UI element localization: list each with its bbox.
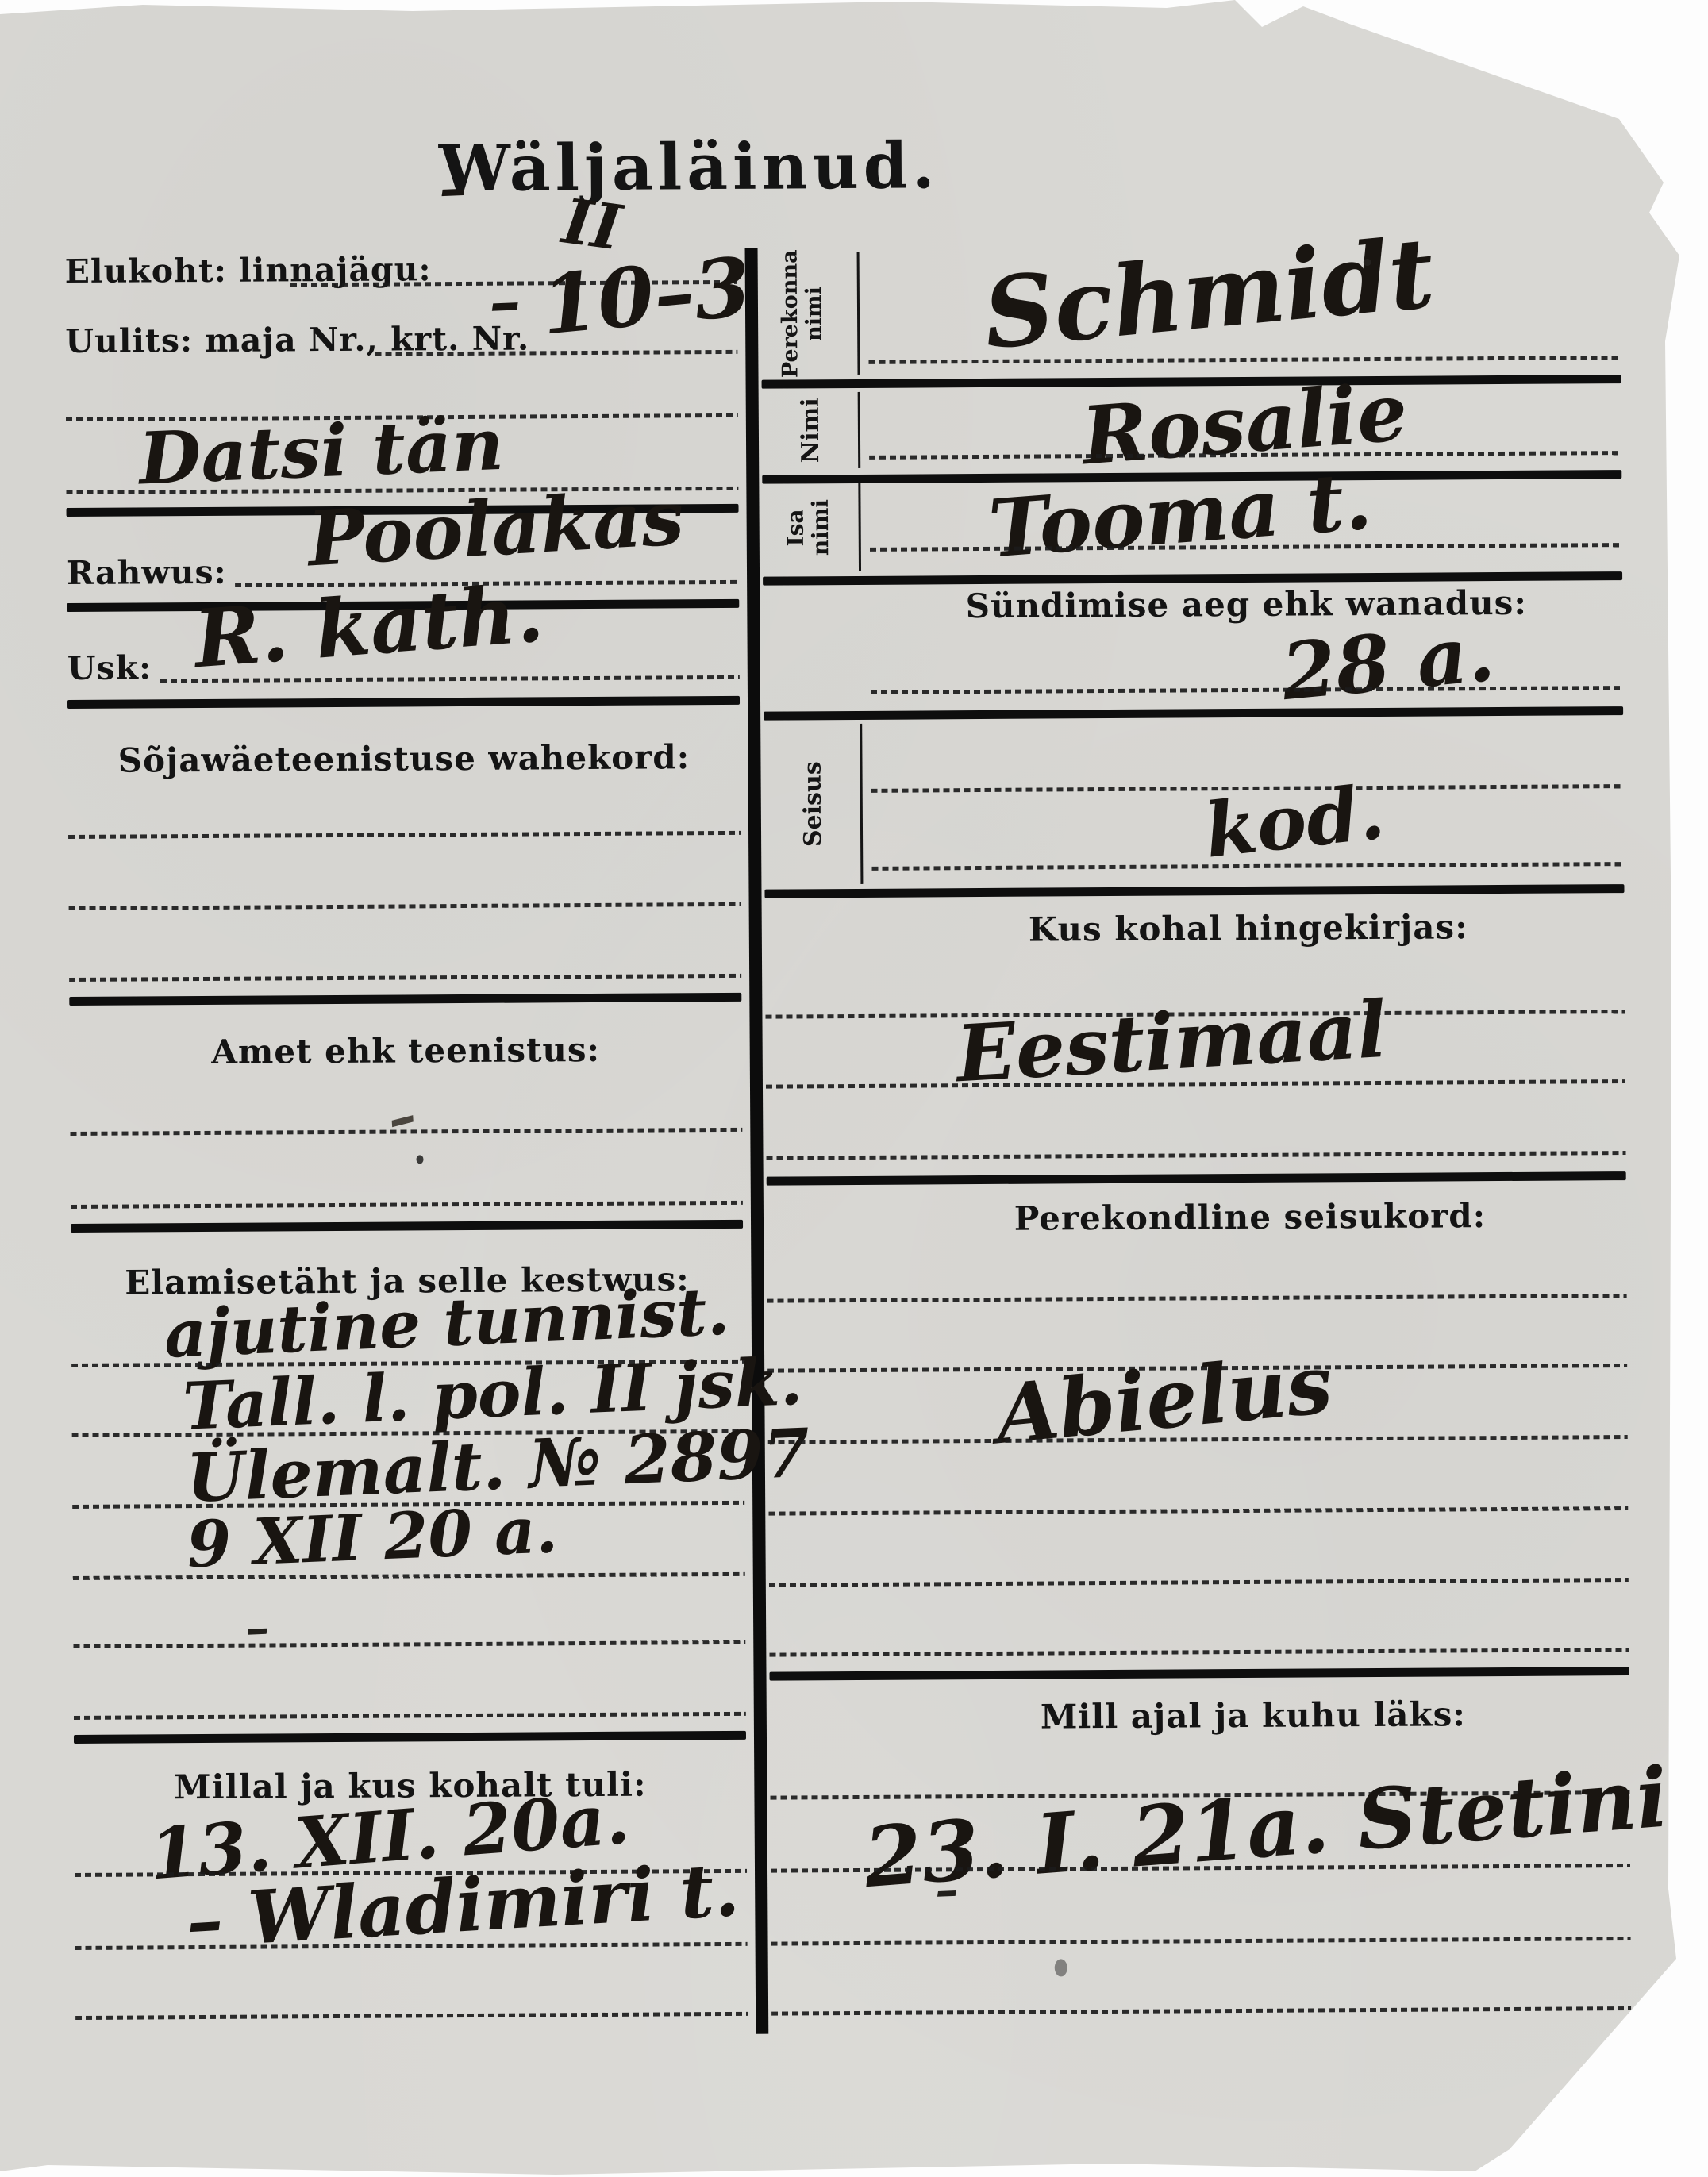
section-rule [764,706,1623,721]
marital-status-label: Perekondline seisukord: [874,1195,1626,1239]
dotted-line [769,1578,1629,1587]
marital-status-value: Abielus [992,1337,1337,1463]
section-rule [769,1667,1629,1681]
form-content: – Wäljaläinud. Elukoht: linnajägu: II Uu… [0,0,1708,2177]
section-rule [67,696,740,709]
father-name-label: Isa nimi [783,483,841,571]
dotted-line [871,686,1623,694]
section-rule [74,1731,746,1744]
departure-label: Mill ajal ja kuhu läks: [877,1694,1629,1737]
section-rule [767,1171,1626,1186]
dotted-line [767,1151,1626,1160]
dotted-line [74,1712,746,1720]
father-name-value: Tooma t. [986,453,1375,575]
family-name-cell: Perekonna nimi [764,252,860,375]
dotted-line [769,1648,1629,1657]
dotted-line [771,1937,1631,1946]
dotted-line [69,902,741,910]
first-name-label: Nimi [798,398,825,463]
birth-or-age-label: Sündimise aeg ehk wanadus: [870,583,1622,626]
status-cell: Seisus [766,724,863,885]
departure-value: 23. I. 21a. Stetini [860,1748,1671,1907]
pen-stroke: – [244,1600,271,1656]
family-name-label: Perekonna nimi [779,249,843,378]
dotted-line [868,356,1621,364]
scanned-registration-card: – Wäljaläinud. Elukoht: linnajägu: II Uu… [0,0,1708,2177]
occupation-label: Amet ehk teenistus: [70,1029,742,1072]
nationality-label: Rahwus: [67,553,227,592]
street-dash: – [487,263,522,340]
first-name-cell: Nimi [764,392,861,469]
section-rule [764,884,1624,898]
ink-speck [1055,1959,1067,1976]
ink-speck [417,1155,424,1164]
street-name-value: Datsi tän [137,402,505,502]
dotted-line [75,2012,748,2020]
dotted-line [73,1572,745,1580]
residence-permit-line: 9 XII 20 a. [186,1492,560,1582]
status-label: Seisus [800,761,827,847]
dotted-line [771,2006,1631,2016]
dotted-line [768,1506,1628,1516]
dotted-line [68,831,741,839]
page-title: Wäljaläinud. [439,128,932,206]
father-name-cell: Isa nimi [764,483,861,572]
family-name-value: Schmidt [979,215,1438,371]
occupation-value: – [379,1081,422,1152]
dotted-line [73,1640,745,1648]
religion-label: Usk: [67,648,152,687]
parish-register-label: Kus kohal hingekirjas: [872,906,1625,950]
pen-stroke: – [934,1863,960,1917]
dotted-line [767,1294,1627,1303]
status-value: kod. [1201,768,1389,875]
street-value: 10–3 [537,240,755,354]
birth-or-age-value: 28 a. [1278,608,1498,718]
section-rule [69,993,741,1006]
military-service-label: Sõjawäeteenistuse wahekord: [67,737,740,780]
ink-speck [1364,259,1371,266]
dotted-line [69,974,741,982]
section-rule [71,1220,743,1233]
dotted-line [71,1201,743,1209]
